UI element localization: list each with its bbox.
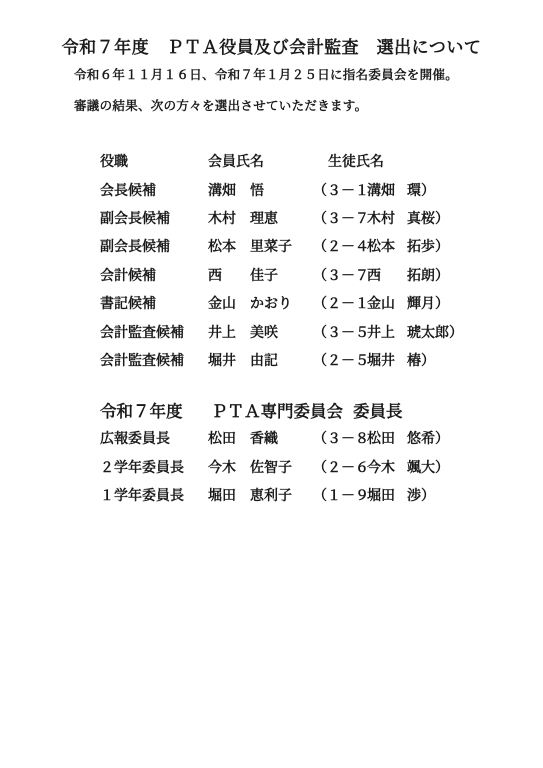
member-surname: 松本 xyxy=(208,236,250,256)
intro-line-1: 令和６年１１月１６日、令和７年１月２５日に指名委員会を開催。 xyxy=(74,65,458,83)
intro-line-2: 審議の結果、次の方々を選出させていただきます。 xyxy=(74,96,367,114)
student-class: （２－５ xyxy=(313,350,367,370)
member-given-name: 香織 xyxy=(250,428,313,448)
committee-rows: 広報委員長 松田 香織 （３－８ 松田 悠希） ２学年委員長 今木 佐智子 （２… xyxy=(100,424,449,509)
student-given-name: 渉） xyxy=(407,485,435,505)
table-row: 書記候補 金山 かおり （２－１ 金山 輝月） xyxy=(100,289,463,317)
document-page: 令和７年度 ＰＴＡ役員及び会計監査 選出について 令和６年１１月１６日、令和７年… xyxy=(0,0,543,768)
student-class: （３－１ xyxy=(313,180,367,200)
header-student-name: 生徒氏名 xyxy=(313,151,384,171)
table-header-row: 役職 会員氏名 生徒氏名 xyxy=(100,147,463,175)
committee-year: 令和７年度 xyxy=(100,398,211,422)
position-cell: 会計監査候補 xyxy=(100,322,208,342)
student-surname: 松本 xyxy=(367,236,407,256)
committee-title-row: 令和７年度 ＰＴＡ専門委員会 委員長 xyxy=(100,398,403,422)
member-given-name: 佳子 xyxy=(250,265,313,285)
student-given-name: 輝月） xyxy=(407,293,449,313)
student-given-name: 環） xyxy=(407,180,435,200)
member-surname: 溝畑 xyxy=(208,180,250,200)
position-cell: ２学年委員長 xyxy=(100,457,208,477)
position-cell: １学年委員長 xyxy=(100,485,208,505)
student-given-name: 悠希） xyxy=(407,428,449,448)
committee-title: ＰＴＡ専門委員会 xyxy=(211,398,343,422)
officers-table: 役職 会員氏名 生徒氏名 会長候補 溝畑 悟 （３－１ 溝畑 環） 副会長候補 … xyxy=(100,147,463,374)
member-given-name: 恵利子 xyxy=(250,485,313,505)
member-surname: 金山 xyxy=(208,293,250,313)
student-surname: 木村 xyxy=(367,208,407,228)
student-class: （３－７ xyxy=(313,265,367,285)
student-class: （３－８ xyxy=(313,428,367,448)
table-row: 会計監査候補 井上 美咲 （３－５ 井上 琥太郎） xyxy=(100,317,463,345)
student-class: （３－７ xyxy=(313,208,367,228)
table-row: 会計監査候補 堀井 由記 （２－５ 堀井 椿） xyxy=(100,346,463,374)
committee-table: 広報委員長 松田 香織 （３－８ 松田 悠希） ２学年委員長 今木 佐智子 （２… xyxy=(100,424,449,509)
table-row: 会長候補 溝畑 悟 （３－１ 溝畑 環） xyxy=(100,175,463,203)
member-given-name: 佐智子 xyxy=(250,457,313,477)
student-given-name: 椿） xyxy=(407,350,435,370)
member-surname: 堀田 xyxy=(208,485,250,505)
position-cell: 副会長候補 xyxy=(100,236,208,256)
member-surname: 今木 xyxy=(208,457,250,477)
student-given-name: 拓朗） xyxy=(407,265,449,285)
position-cell: 会長候補 xyxy=(100,180,208,200)
position-cell: 副会長候補 xyxy=(100,208,208,228)
position-cell: 会計監査候補 xyxy=(100,350,208,370)
table-row: 副会長候補 木村 理恵 （３－７ 木村 真桜） xyxy=(100,204,463,232)
student-class: （３－５ xyxy=(313,322,367,342)
student-surname: 金山 xyxy=(367,293,407,313)
student-class: （１－９ xyxy=(313,485,367,505)
student-class: （２－１ xyxy=(313,293,367,313)
student-surname: 井上 xyxy=(367,322,407,342)
position-cell: 書記候補 xyxy=(100,293,208,313)
student-surname: 堀田 xyxy=(367,485,407,505)
member-given-name: 美咲 xyxy=(250,322,313,342)
student-given-name: 真桜） xyxy=(407,208,449,228)
member-given-name: 悟 xyxy=(250,180,313,200)
table-row: 副会長候補 松本 里菜子 （２－４ 松本 拓歩） xyxy=(100,232,463,260)
committee-subtitle: 委員長 xyxy=(353,398,403,422)
student-surname: 堀井 xyxy=(367,350,407,370)
header-member-name: 会員氏名 xyxy=(208,151,313,171)
officers-rows: 会長候補 溝畑 悟 （３－１ 溝畑 環） 副会長候補 木村 理恵 （３－７ 木村… xyxy=(100,175,463,374)
table-row: ２学年委員長 今木 佐智子 （２－６ 今木 颯大） xyxy=(100,452,449,480)
student-class: （２－４ xyxy=(313,236,367,256)
student-surname: 溝畑 xyxy=(367,180,407,200)
member-surname: 井上 xyxy=(208,322,250,342)
member-given-name: 里菜子 xyxy=(250,236,313,256)
member-surname: 木村 xyxy=(208,208,250,228)
student-given-name: 琥太郎） xyxy=(407,322,463,342)
position-cell: 広報委員長 xyxy=(100,428,208,448)
table-row: 会計候補 西 佳子 （３－７ 西 拓朗） xyxy=(100,261,463,289)
member-given-name: 理恵 xyxy=(250,208,313,228)
student-surname: 今木 xyxy=(367,457,407,477)
student-given-name: 颯大） xyxy=(407,457,449,477)
member-surname: 松田 xyxy=(208,428,250,448)
position-cell: 会計候補 xyxy=(100,265,208,285)
page-title: 令和７年度 ＰＴＡ役員及び会計監査 選出について xyxy=(0,33,543,58)
student-given-name: 拓歩） xyxy=(407,236,449,256)
student-surname: 松田 xyxy=(367,428,407,448)
table-row: 広報委員長 松田 香織 （３－８ 松田 悠希） xyxy=(100,424,449,452)
member-surname: 堀井 xyxy=(208,350,250,370)
student-surname: 西 xyxy=(367,265,407,285)
member-given-name: かおり xyxy=(250,293,313,313)
header-position: 役職 xyxy=(100,151,208,171)
table-row: １学年委員長 堀田 恵利子 （１－９ 堀田 渉） xyxy=(100,481,449,509)
member-surname: 西 xyxy=(208,265,250,285)
student-class: （２－６ xyxy=(313,457,367,477)
member-given-name: 由記 xyxy=(250,350,313,370)
